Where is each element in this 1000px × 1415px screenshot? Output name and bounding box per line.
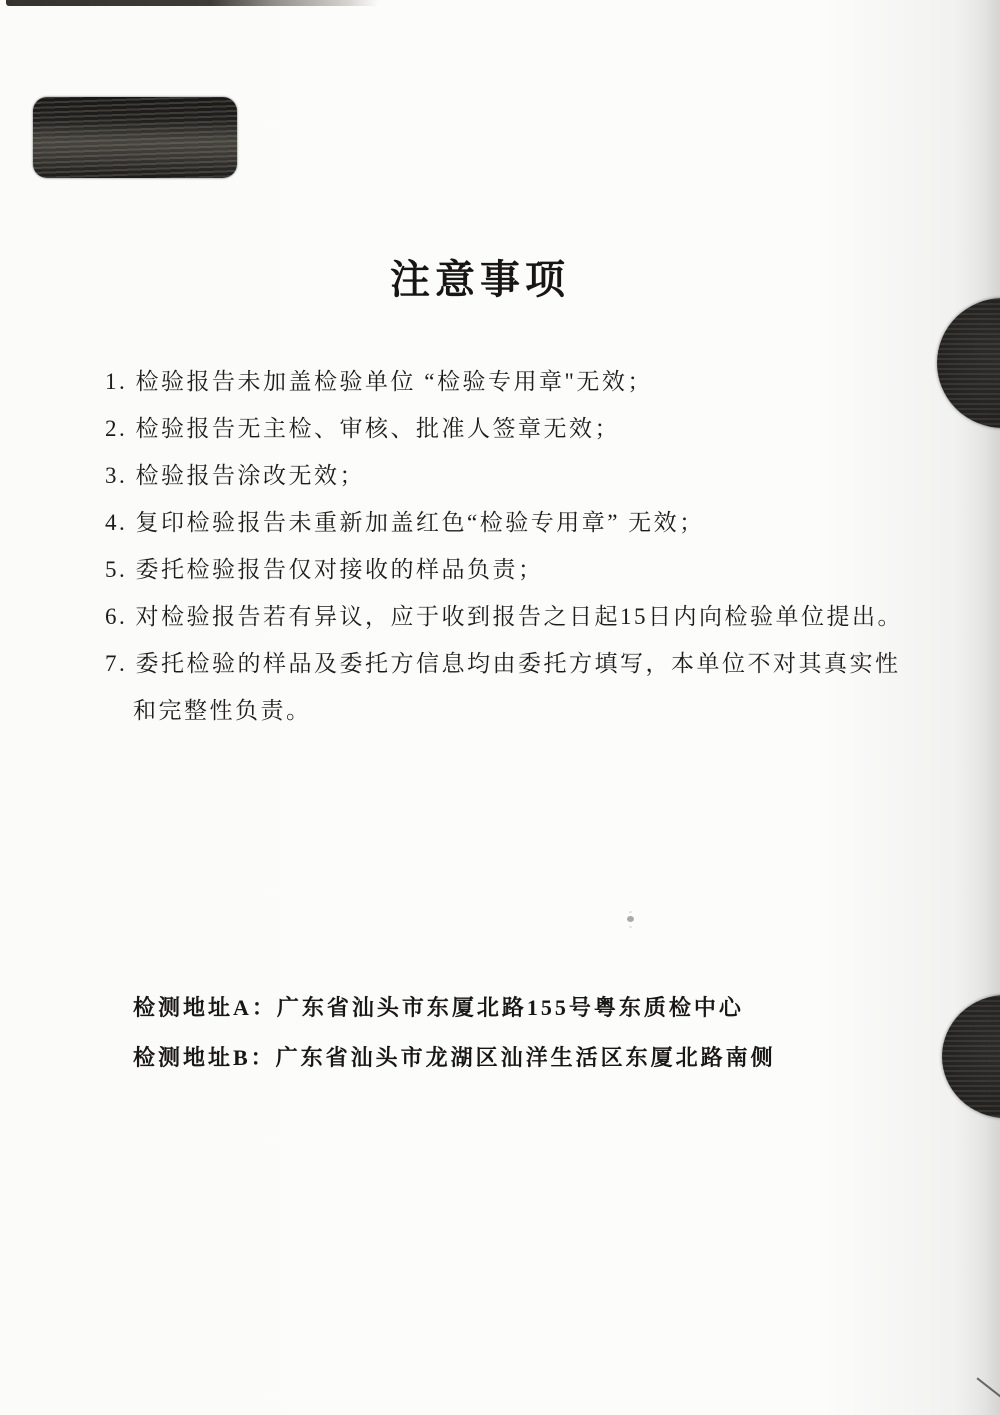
- note-item-7-line2: 和完整性负责。: [105, 687, 895, 734]
- note-item-1: 1. 检验报告未加盖检验单位 “检验专用章"无效；: [105, 358, 895, 405]
- address-a: 检测地址A：广东省汕头市东厦北路155号粤东质检中心: [133, 983, 893, 1033]
- scan-speck: [627, 916, 634, 922]
- note-item-7-line1: 7. 委托检验的样品及委托方信息均由委托方填写，本单位不对其真实性: [105, 640, 895, 687]
- binding-hole-block: [33, 97, 237, 178]
- note-item-5: 5. 委托检验报告仅对接收的样品负责；: [105, 546, 895, 593]
- page-title: 注意事项: [0, 248, 960, 305]
- punch-hole-right-top: [937, 298, 1000, 428]
- note-item-3: 3. 检验报告涂改无效；: [105, 452, 895, 499]
- scanned-report-page: 注意事项 1. 检验报告未加盖检验单位 “检验专用章"无效； 2. 检验报告无主…: [0, 0, 1000, 1415]
- note-item-4: 4. 复印检验报告未重新加盖红色“检验专用章” 无效；: [105, 499, 895, 546]
- note-item-2: 2. 检验报告无主检、审核、批准人签章无效；: [105, 405, 895, 452]
- right-edge-shadow: [954, 0, 1000, 1415]
- scan-corner-mark: [976, 1377, 1000, 1408]
- punch-hole-right-bottom: [942, 995, 1000, 1118]
- scan-smudge-top: [6, 0, 378, 6]
- notes-list: 1. 检验报告未加盖检验单位 “检验专用章"无效； 2. 检验报告无主检、审核、…: [105, 358, 895, 734]
- address-b: 检测地址B：广东省汕头市龙湖区汕洋生活区东厦北路南侧: [133, 1033, 893, 1083]
- addresses-block: 检测地址A：广东省汕头市东厦北路155号粤东质检中心 检测地址B：广东省汕头市龙…: [133, 983, 893, 1083]
- note-item-6: 6. 对检验报告若有异议，应于收到报告之日起15日内向检验单位提出。: [105, 593, 895, 640]
